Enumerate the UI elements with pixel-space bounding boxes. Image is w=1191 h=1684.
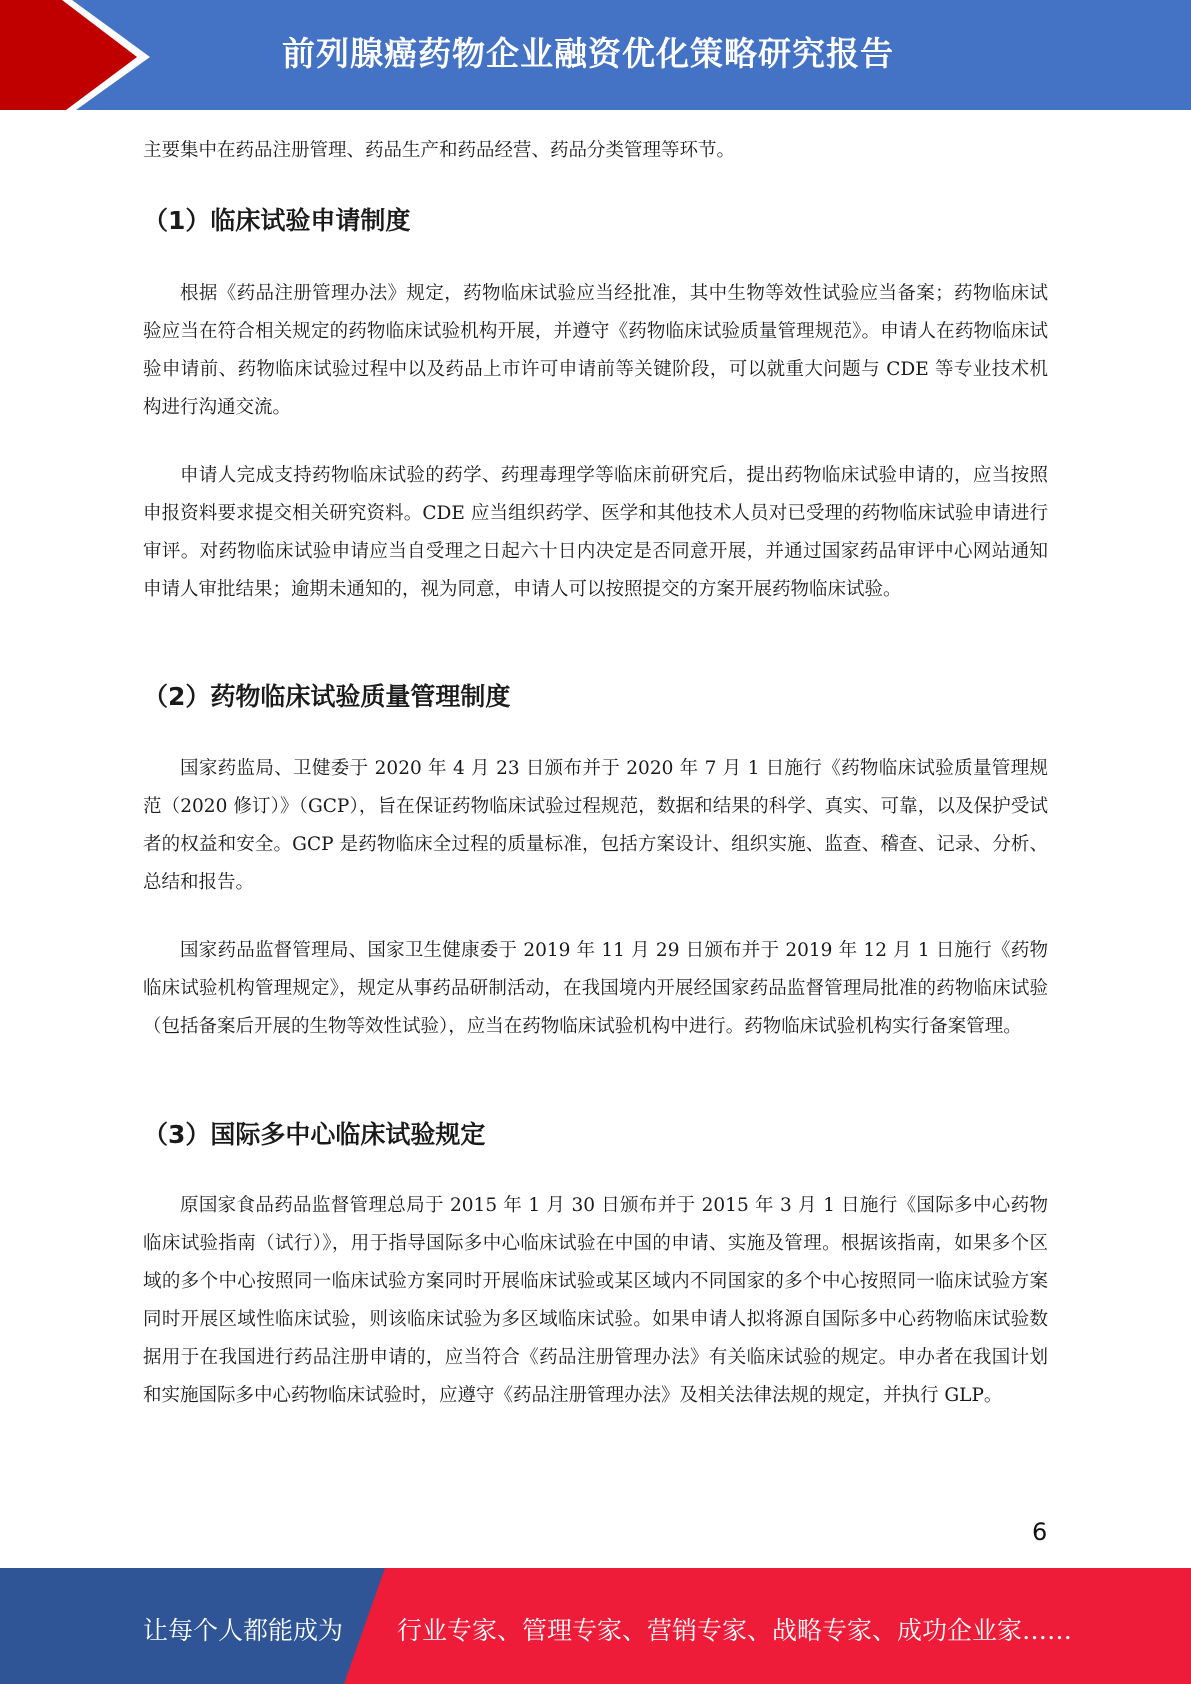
footer-slogan-left: 让每个人都能成为 bbox=[143, 1611, 343, 1647]
section-heading-1: （1）临床试验申请制度 bbox=[143, 201, 410, 237]
footer-slogan-right: 行业专家、管理专家、营销专家、战略专家、成功企业家…… bbox=[397, 1611, 1072, 1647]
section-2-paragraph-2: 国家药品监督管理局、国家卫生健康委于 2019 年 11 月 29 日颁布并于 … bbox=[143, 932, 1048, 1046]
chevron-decoration-icon bbox=[0, 0, 160, 110]
section-3-paragraph-1: 原国家食品药品监督管理总局于 2015 年 1 月 30 日颁布并于 2015 … bbox=[143, 1187, 1048, 1415]
section-2-paragraph-1: 国家药监局、卫健委于 2020 年 4 月 23 日颁布并于 2020 年 7 … bbox=[143, 750, 1048, 902]
report-title: 前列腺癌药物企业融资优化策略研究报告 bbox=[282, 28, 894, 75]
section-heading-2: （2）药物临床试验质量管理制度 bbox=[143, 677, 510, 713]
section-1-paragraph-1: 根据《药品注册管理办法》规定，药物临床试验应当经批准，其中生物等效性试验应当备案… bbox=[143, 275, 1048, 427]
page-footer: 让每个人都能成为 行业专家、管理专家、营销专家、战略专家、成功企业家…… bbox=[0, 1568, 1191, 1684]
page-header: 前列腺癌药物企业融资优化策略研究报告 bbox=[0, 0, 1191, 110]
section-heading-3: （3）国际多中心临床试验规定 bbox=[143, 1115, 485, 1151]
section-1-paragraph-2: 申请人完成支持药物临床试验的药学、药理毒理学等临床前研究后，提出药物临床试验申请… bbox=[143, 457, 1048, 609]
page-number: 6 bbox=[1032, 1518, 1047, 1546]
intro-paragraph: 主要集中在药品注册管理、药品生产和药品经营、药品分类管理等环节。 bbox=[143, 132, 1048, 170]
